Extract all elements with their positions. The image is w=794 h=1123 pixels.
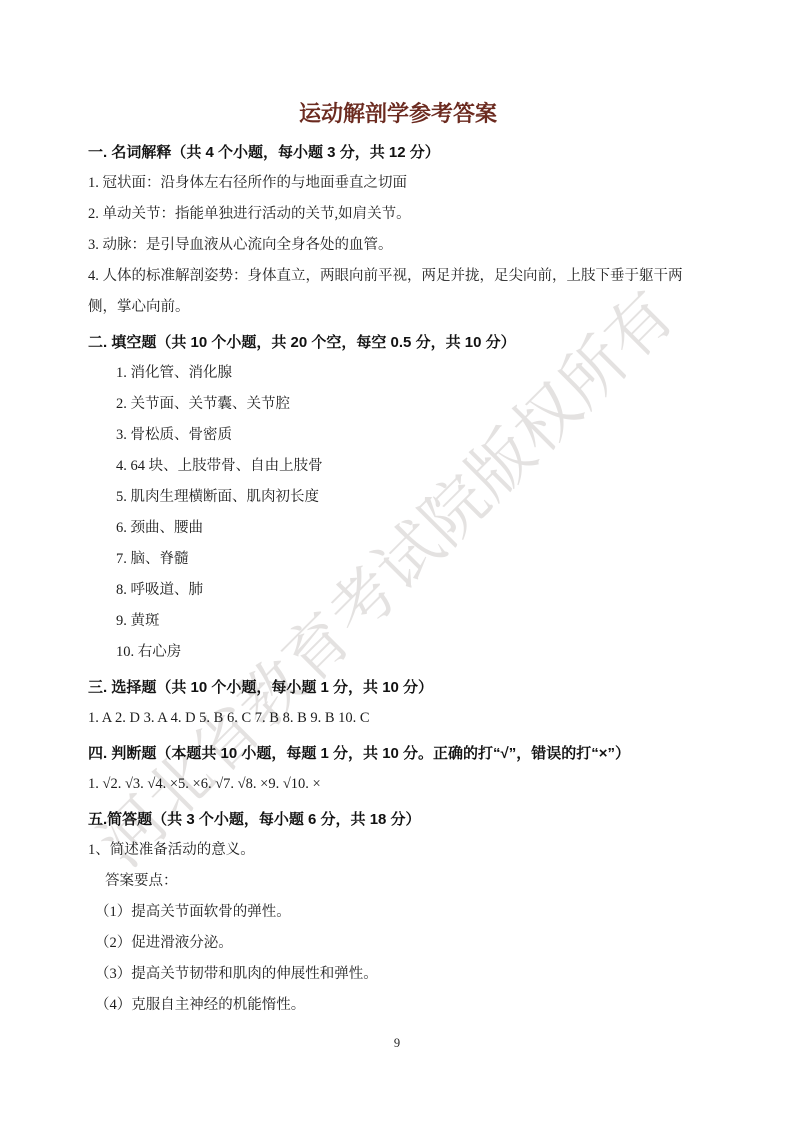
answer-line: （4）克服自主神经的机能惰性。 (88, 990, 708, 1021)
document-body: 运动解剖学参考答案 一. 名词解释（共 4 个小题，每小题 3 分，共 12 分… (0, 0, 794, 1021)
answer-line: 3. 动脉：是引导血液从心流向全身各处的血管。 (88, 230, 708, 261)
answer-line: 1、简述准备活动的意义。 (88, 835, 708, 866)
answer-line: （2）促进滑液分泌。 (88, 928, 708, 959)
answer-section: 四. 判断题（本题共 10 小题，每题 1 分，共 10 分。正确的打“√”，错… (88, 738, 708, 800)
section-heading: 四. 判断题（本题共 10 小题，每题 1 分，共 10 分。正确的打“√”，错… (88, 738, 708, 769)
answer-sections: 一. 名词解释（共 4 个小题，每小题 3 分，共 12 分） 1. 冠状面：沿… (88, 137, 708, 1021)
answer-line: 2. 关节面、关节囊、关节腔 (88, 389, 708, 420)
answer-section: 一. 名词解释（共 4 个小题，每小题 3 分，共 12 分） 1. 冠状面：沿… (88, 137, 708, 323)
page-title: 运动解剖学参考答案 (88, 100, 708, 128)
page-number: 9 (0, 1036, 794, 1051)
answer-line: 10. 右心房 (88, 637, 708, 668)
answer-line: 8. 呼吸道、肺 (88, 575, 708, 606)
section-items: 1. 消化管、消化腺2. 关节面、关节囊、关节腔3. 骨松质、骨密质4. 64 … (88, 358, 708, 668)
answer-section: 五.简答题（共 3 个小题，每小题 6 分，共 18 分） 1、简述准备活动的意… (88, 804, 708, 1021)
section-heading: 五.简答题（共 3 个小题，每小题 6 分，共 18 分） (88, 804, 708, 835)
answer-line: （3）提高关节韧带和肌肉的伸展性和弹性。 (88, 959, 708, 990)
answer-line: 1. √2. √3. √4. ×5. ×6. √7. √8. ×9. √10. … (88, 769, 708, 800)
answer-line: 4. 人体的标准解剖姿势：身体直立，两眼向前平视，两足并拢，足尖向前，上肢下垂于… (88, 261, 708, 323)
answer-line: 2. 单动关节：指能单独进行活动的关节,如肩关节。 (88, 199, 708, 230)
section-items: 1、简述准备活动的意义。答案要点：（1）提高关节面软骨的弹性。（2）促进滑液分泌… (88, 835, 708, 1021)
section-heading: 三. 选择题（共 10 个小题，每小题 1 分，共 10 分） (88, 672, 708, 703)
answer-line: 1. 冠状面：沿身体左右径所作的与地面垂直之切面 (88, 168, 708, 199)
answer-section: 三. 选择题（共 10 个小题，每小题 1 分，共 10 分） 1. A 2. … (88, 672, 708, 734)
answer-line: 3. 骨松质、骨密质 (88, 420, 708, 451)
answer-section: 二. 填空题（共 10 个小题，共 20 个空，每空 0.5 分，共 10 分）… (88, 327, 708, 668)
answer-line: 5. 肌肉生理横断面、肌肉初长度 (88, 482, 708, 513)
section-items: 1. 冠状面：沿身体左右径所作的与地面垂直之切面2. 单动关节：指能单独进行活动… (88, 168, 708, 323)
section-heading: 一. 名词解释（共 4 个小题，每小题 3 分，共 12 分） (88, 137, 708, 168)
answer-line: 9. 黄斑 (88, 606, 708, 637)
section-heading: 二. 填空题（共 10 个小题，共 20 个空，每空 0.5 分，共 10 分） (88, 327, 708, 358)
section-items: 1. A 2. D 3. A 4. D 5. B 6. C 7. B 8. B … (88, 703, 708, 734)
section-items: 1. √2. √3. √4. ×5. ×6. √7. √8. ×9. √10. … (88, 769, 708, 800)
answer-line: （1）提高关节面软骨的弹性。 (88, 897, 708, 928)
document-page: 河北省教育考试院版权所有 运动解剖学参考答案 一. 名词解释（共 4 个小题，每… (0, 0, 794, 1123)
answer-line: 1. A 2. D 3. A 4. D 5. B 6. C 7. B 8. B … (88, 703, 708, 734)
answer-line: 4. 64 块、上肢带骨、自由上肢骨 (88, 451, 708, 482)
answer-line: 答案要点： (88, 866, 708, 897)
answer-line: 1. 消化管、消化腺 (88, 358, 708, 389)
answer-line: 7. 脑、脊髓 (88, 544, 708, 575)
answer-line: 6. 颈曲、腰曲 (88, 513, 708, 544)
